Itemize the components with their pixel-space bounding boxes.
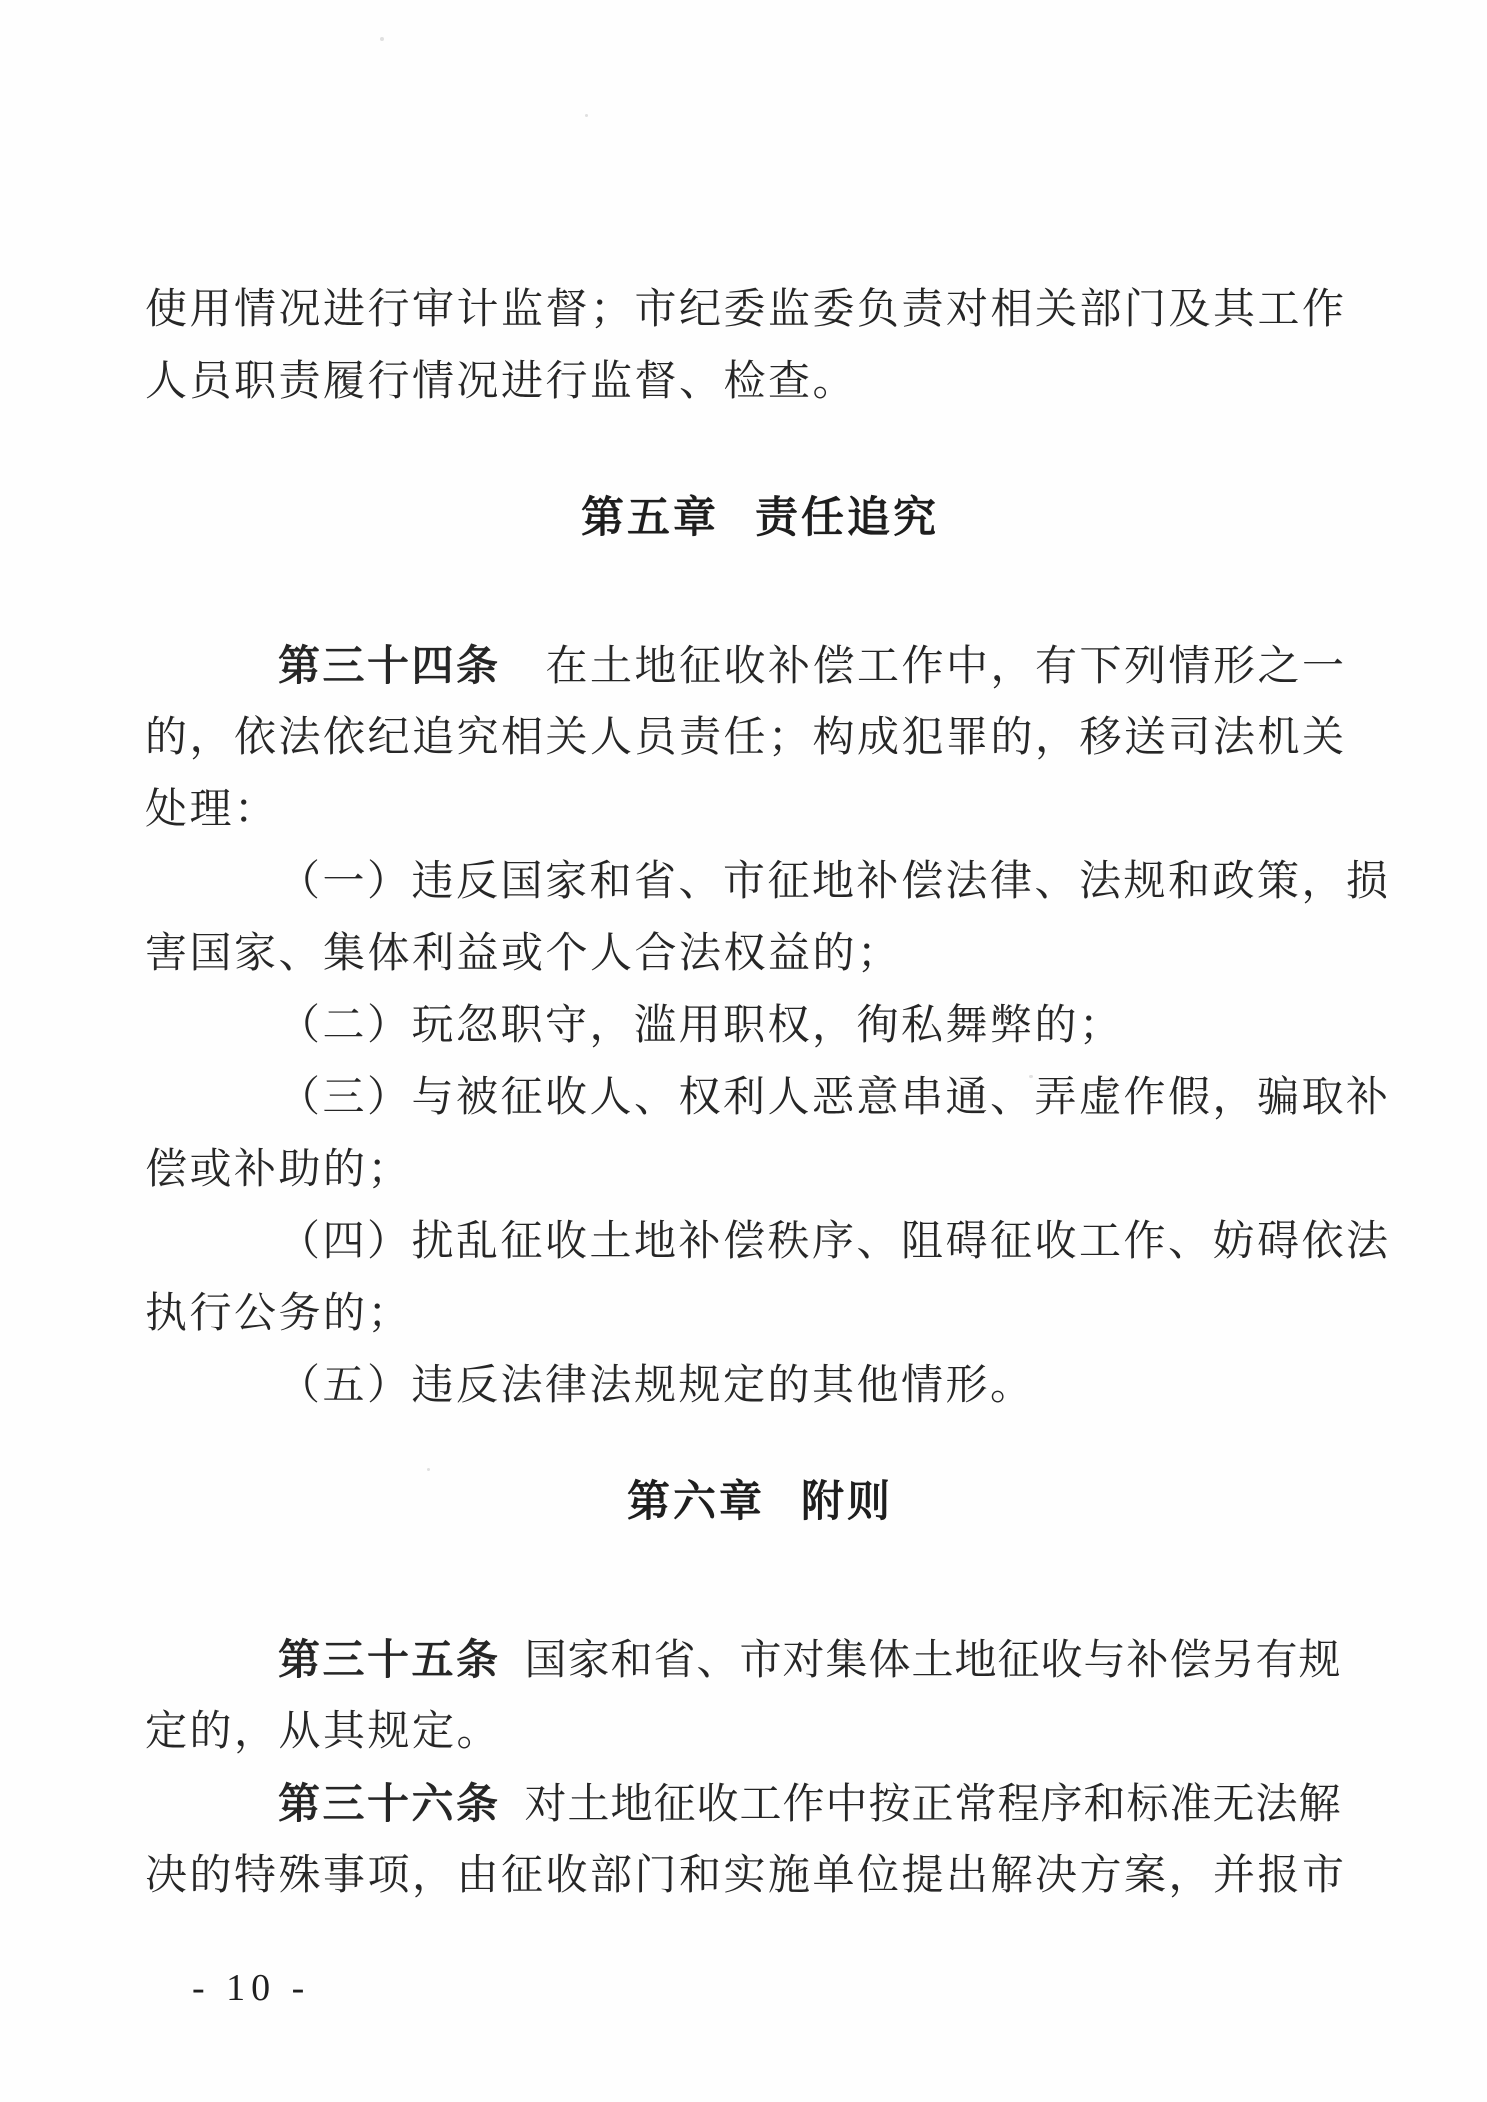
article-36-label: 第三十六条 [278, 1780, 501, 1827]
article-36-text: 对土地征收工作中按正常程序和标准无法解 [525, 1782, 1342, 1828]
article-34-first-line: 第三十四条在土地征收补偿工作中，有下列情形之一 [145, 630, 1375, 702]
chapter-5-number: 第五章 [581, 494, 719, 542]
paragraph-continuation-line: 人员职责履行情况进行监督、检查。 [145, 346, 1375, 418]
chapter-6-number: 第六章 [627, 1478, 765, 1526]
article-36-first-line: 第三十六条对土地征收工作中按正常程序和标准无法解 [145, 1768, 1375, 1840]
chapter-6-title: 附则 [801, 1478, 893, 1526]
list-item-4-line: （四）扰乱征收土地补偿秩序、阻碍征收工作、妨碍依法 [145, 1206, 1375, 1278]
document-page: 使用情况进行审计监督；市纪委监委负责对相关部门及其工作 人员职责履行情况进行监督… [0, 0, 1487, 2102]
list-item-3-line: （三）与被征收人、权利人恶意串通、弄虚作假，骗取补 [145, 1062, 1375, 1134]
article-35-label: 第三十五条 [278, 1636, 501, 1683]
article-34-line: 处理： [145, 774, 1375, 846]
body-text: 使用情况进行审计监督；市纪委监委负责对相关部门及其工作 人员职责履行情况进行监督… [145, 0, 1375, 1912]
article-34-line: 的，依法依纪追究相关人员责任；构成犯罪的，移送司法机关 [145, 702, 1375, 774]
list-item-1-line: （一）违反国家和省、市征地补偿法律、法规和政策，损 [145, 846, 1375, 918]
list-item-1-line: 害国家、集体利益或个人合法权益的； [145, 918, 1375, 990]
chapter-5-title: 责任追究 [755, 494, 939, 542]
list-item-4-line: 执行公务的； [145, 1278, 1375, 1350]
list-item-2-line: （二）玩忽职守，滥用职权，徇私舞弊的； [145, 990, 1375, 1062]
article-35-text: 国家和省、市对集体土地征收与补偿另有规 [525, 1638, 1342, 1684]
list-item-5-line: （五）违反法律法规规定的其他情形。 [145, 1350, 1375, 1422]
article-34-label: 第三十四条 [278, 642, 501, 689]
article-35-first-line: 第三十五条国家和省、市对集体土地征收与补偿另有规 [145, 1624, 1375, 1696]
article-36-line: 决的特殊事项，由征收部门和实施单位提出解决方案，并报市 [145, 1840, 1375, 1912]
list-item-3-line: 偿或补助的； [145, 1134, 1375, 1206]
chapter-5-heading: 第五章责任追究 [145, 482, 1375, 554]
article-35-line: 定的，从其规定。 [145, 1696, 1375, 1768]
paragraph-continuation-line: 使用情况进行审计监督；市纪委监委负责对相关部门及其工作 [145, 274, 1375, 346]
page-number: - 10 - [192, 1966, 310, 2010]
chapter-6-heading: 第六章附则 [145, 1466, 1375, 1538]
article-34-text: 在土地征收补偿工作中，有下列情形之一 [546, 644, 1347, 690]
